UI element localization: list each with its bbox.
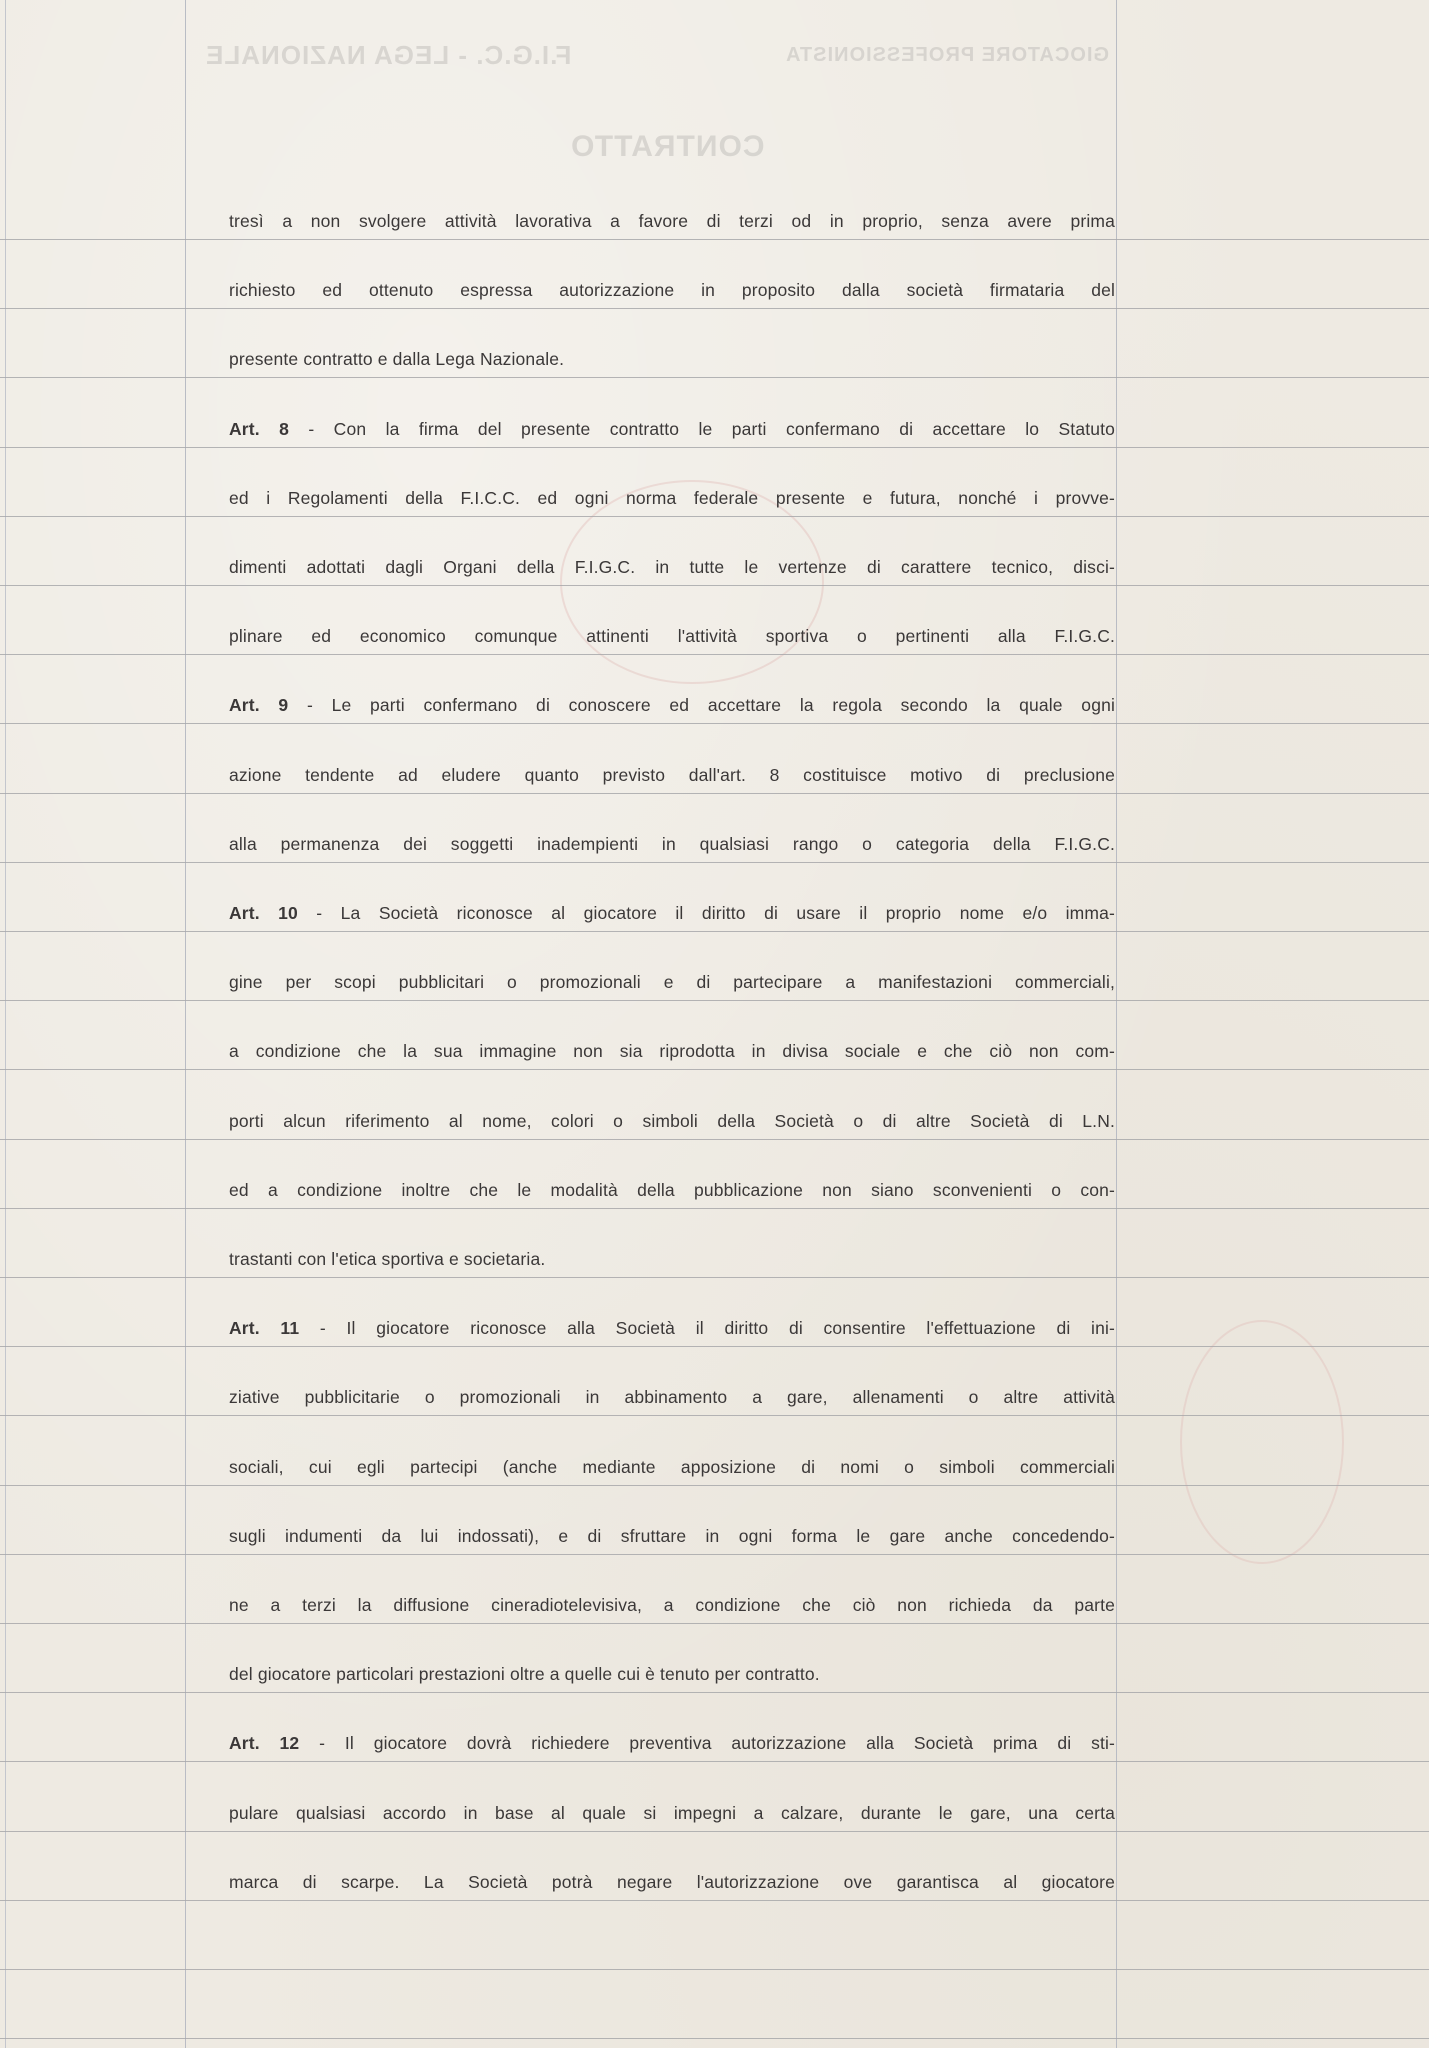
text-line: tresì a non svolgere attività lavorativa… <box>229 211 1115 231</box>
line-text: trastanti con l'etica sportiva e societa… <box>229 1249 545 1269</box>
ruled-line <box>0 239 1429 240</box>
ruled-line <box>0 1346 1429 1347</box>
ruled-line <box>0 377 1429 378</box>
ruled-line <box>0 1692 1429 1693</box>
article-number: Art. 10 <box>229 903 298 923</box>
show-through-header-right: GIOCATORE PROFESSIONISTA <box>785 44 1109 67</box>
ruled-line <box>0 1139 1429 1140</box>
ruled-line <box>0 1761 1429 1762</box>
line-text: pulare qualsiasi accordo in base al qual… <box>229 1803 1115 1823</box>
text-line: marca di scarpe. La Società potrà negare… <box>229 1872 1115 1892</box>
text-line: pulare qualsiasi accordo in base al qual… <box>229 1803 1115 1823</box>
ruled-line <box>0 862 1429 863</box>
ruled-line <box>0 1969 1429 1970</box>
text-line: a condizione che la sua immagine non sia… <box>229 1041 1115 1061</box>
text-line: ziative pubblicitarie o promozionali in … <box>229 1387 1115 1407</box>
line-text: dimenti adottati dagli Organi della F.I.… <box>229 557 1115 577</box>
ruled-line <box>0 1277 1429 1278</box>
contract-page: F.I.G.C. - LEGA NAZIONALE GIOCATORE PROF… <box>0 0 1429 2048</box>
ruled-line <box>0 654 1429 655</box>
ruled-line <box>0 723 1429 724</box>
line-text: azione tendente ad eludere quanto previs… <box>229 765 1115 785</box>
line-text: richiesto ed ottenuto espressa autorizza… <box>229 280 1115 300</box>
text-line: ne a terzi la diffusione cineradiotelevi… <box>229 1595 1115 1615</box>
text-line: del giocatore particolari prestazioni ol… <box>229 1664 1115 1684</box>
text-line: ed i Regolamenti della F.I.C.C. ed ogni … <box>229 488 1115 508</box>
text-line: gine per scopi pubblicitari o promoziona… <box>229 972 1115 992</box>
text-line: alla permanenza dei soggetti inadempient… <box>229 834 1115 854</box>
article-start-line: Art. 11 - Il giocatore riconosce alla So… <box>229 1318 1115 1338</box>
line-text: gine per scopi pubblicitari o promoziona… <box>229 972 1115 992</box>
line-text: - Le parti confermano di conoscere ed ac… <box>288 695 1115 715</box>
text-line: plinare ed economico comunque attinenti … <box>229 626 1115 646</box>
line-text: ed a condizione inoltre che le modalità … <box>229 1180 1115 1200</box>
line-text: tresì a non svolgere attività lavorativa… <box>229 211 1115 231</box>
ruled-line <box>0 1208 1429 1209</box>
text-line: dimenti adottati dagli Organi della F.I.… <box>229 557 1115 577</box>
text-line: porti alcun riferimento al nome, colori … <box>229 1111 1115 1131</box>
text-line: azione tendente ad eludere quanto previs… <box>229 765 1115 785</box>
article-number: Art. 11 <box>229 1318 299 1338</box>
ruled-line <box>0 585 1429 586</box>
line-text: alla permanenza dei soggetti inadempient… <box>229 834 1115 854</box>
article-start-line: Art. 9 - Le parti confermano di conoscer… <box>229 695 1115 715</box>
article-number: Art. 8 <box>229 419 289 439</box>
line-text: del giocatore particolari prestazioni ol… <box>229 1664 820 1684</box>
line-text: presente contratto e dalla Lega Nazional… <box>229 349 564 369</box>
line-text: - Con la firma del presente contratto le… <box>289 419 1115 439</box>
ruled-line <box>0 2038 1429 2039</box>
line-text: marca di scarpe. La Società potrà negare… <box>229 1872 1115 1892</box>
text-line: trastanti con l'etica sportiva e societa… <box>229 1249 1115 1269</box>
line-text: - La Società riconosce al giocatore il d… <box>298 903 1115 923</box>
ruled-line <box>0 1415 1429 1416</box>
line-text: ed i Regolamenti della F.I.C.C. ed ogni … <box>229 488 1115 508</box>
ruled-line <box>0 1000 1429 1001</box>
show-through-title: CONTRATTO <box>570 130 765 164</box>
line-text: sociali, cui egli partecipi (anche media… <box>229 1457 1115 1477</box>
ruled-line <box>0 793 1429 794</box>
article-start-line: Art. 10 - La Società riconosce al giocat… <box>229 903 1115 923</box>
text-line: richiesto ed ottenuto espressa autorizza… <box>229 280 1115 300</box>
ruled-line <box>0 1554 1429 1555</box>
ruled-line <box>0 447 1429 448</box>
line-text: plinare ed economico comunque attinenti … <box>229 626 1115 646</box>
line-text: - Il giocatore riconosce alla Società il… <box>299 1318 1115 1338</box>
faint-stamp-mark <box>1180 1320 1344 1564</box>
ruled-line <box>0 1485 1429 1486</box>
article-start-line: Art. 8 - Con la firma del presente contr… <box>229 419 1115 439</box>
line-text: sugli indumenti da lui indossati), e di … <box>229 1526 1115 1546</box>
text-line: presente contratto e dalla Lega Nazional… <box>229 349 1115 369</box>
line-text: ziative pubblicitarie o promozionali in … <box>229 1387 1115 1407</box>
text-line: sociali, cui egli partecipi (anche media… <box>229 1457 1115 1477</box>
article-start-line: Art. 12 - Il giocatore dovrà richiedere … <box>229 1733 1115 1753</box>
text-line: sugli indumenti da lui indossati), e di … <box>229 1526 1115 1546</box>
line-text: a condizione che la sua immagine non sia… <box>229 1041 1115 1061</box>
article-number: Art. 12 <box>229 1733 299 1753</box>
ruled-line <box>0 516 1429 517</box>
show-through-header-left: F.I.G.C. - LEGA NAZIONALE <box>205 40 571 71</box>
line-text: ne a terzi la diffusione cineradiotelevi… <box>229 1595 1115 1615</box>
ruled-line <box>0 1069 1429 1070</box>
article-number: Art. 9 <box>229 695 288 715</box>
ruled-line <box>0 931 1429 932</box>
ruled-line <box>0 1900 1429 1901</box>
ruled-line <box>0 1623 1429 1624</box>
text-line: ed a condizione inoltre che le modalità … <box>229 1180 1115 1200</box>
line-text: - Il giocatore dovrà richiedere preventi… <box>299 1733 1115 1753</box>
ruled-line <box>0 1831 1429 1832</box>
line-text: porti alcun riferimento al nome, colori … <box>229 1111 1115 1131</box>
ruled-line <box>0 308 1429 309</box>
